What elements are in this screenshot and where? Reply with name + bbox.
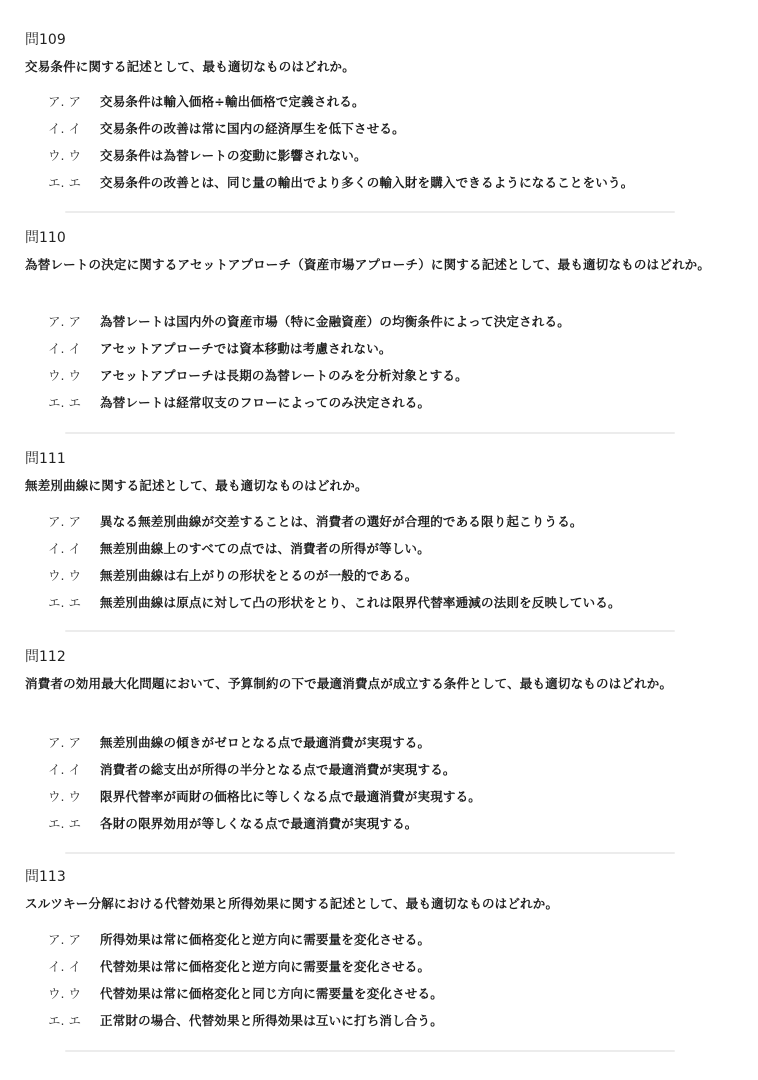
option-label: エ. エ xyxy=(48,814,100,832)
option-label: ウ. ウ xyxy=(48,366,100,384)
option-u[interactable]: ウ. ウ 無差別曲線は右上がりの形状をとるのが一般的である。 xyxy=(48,561,621,588)
option-text: 無差別曲線上のすべての点では、消費者の所得が等しい。 xyxy=(100,539,430,557)
option-e[interactable]: エ. エ 交易条件の改善とは、同じ量の輸出でより多くの輸入財を購入できるようにな… xyxy=(48,168,633,195)
option-i[interactable]: イ. イ 無差別曲線上のすべての点では、消費者の所得が等しい。 xyxy=(48,534,621,561)
option-a[interactable]: ア. ア 為替レートは国内外の資産市場（特に金融資産）の均衡条件によって決定され… xyxy=(48,307,570,334)
option-i[interactable]: イ. イ アセットアプローチでは資本移動は考慮されない。 xyxy=(48,334,570,361)
option-a[interactable]: ア. ア 所得効果は常に価格変化と逆方向に需要量を変化させる。 xyxy=(48,925,443,952)
option-u[interactable]: ウ. ウ 交易条件は為替レートの変動に影響されない。 xyxy=(48,141,633,168)
option-text: 交易条件は為替レートの変動に影響されない。 xyxy=(100,146,367,164)
option-label: ア. ア xyxy=(48,512,100,530)
option-label: ウ. ウ xyxy=(48,787,100,805)
question-number: 問112 xyxy=(25,648,66,666)
option-label: ア. ア xyxy=(48,312,100,330)
separator xyxy=(65,852,675,854)
option-a[interactable]: ア. ア 交易条件は輸入価格÷輸出価格で定義される。 xyxy=(48,87,633,114)
option-text: 異なる無差別曲線が交差することは、消費者の選好が合理的である限り起こりうる。 xyxy=(100,512,583,530)
option-text: 所得効果は常に価格変化と逆方向に需要量を変化させる。 xyxy=(100,930,430,948)
option-text: 各財の限界効用が等しくなる点で最適消費が実現する。 xyxy=(100,814,418,832)
option-label: ア. ア xyxy=(48,930,100,948)
option-label: ウ. ウ xyxy=(48,146,100,164)
option-u[interactable]: ウ. ウ アセットアプローチは長期の為替レートのみを分析対象とする。 xyxy=(48,361,570,388)
option-label: エ. エ xyxy=(48,393,100,411)
option-label: ウ. ウ xyxy=(48,984,100,1002)
option-label: イ. イ xyxy=(48,760,100,778)
option-e[interactable]: エ. エ 為替レートは経常収支のフローによってのみ決定される。 xyxy=(48,388,570,415)
separator xyxy=(65,432,675,434)
option-text: 交易条件の改善とは、同じ量の輸出でより多くの輸入財を購入できるようになることをい… xyxy=(100,173,633,191)
option-text: 無差別曲線は原点に対して凸の形状をとり、これは限界代替率逓減の法則を反映している… xyxy=(100,593,621,611)
separator xyxy=(65,211,675,213)
option-label: エ. エ xyxy=(48,593,100,611)
option-label: イ. イ xyxy=(48,957,100,975)
question-stem: スルツキー分解における代替効果と所得効果に関する記述として、最も適切なものはどれ… xyxy=(25,892,725,916)
option-i[interactable]: イ. イ 交易条件の改善は常に国内の経済厚生を低下させる。 xyxy=(48,114,633,141)
option-label: ウ. ウ xyxy=(48,566,100,584)
question-stem: 為替レートの決定に関するアセットアプローチ（資産市場アプローチ）に関する記述とし… xyxy=(25,253,725,277)
option-text: 無差別曲線は右上がりの形状をとるのが一般的である。 xyxy=(100,566,418,584)
question-number: 問111 xyxy=(25,450,66,468)
option-label: エ. エ xyxy=(48,173,100,191)
option-text: 消費者の総支出が所得の半分となる点で最適消費が実現する。 xyxy=(100,760,456,778)
option-list: ア. ア 為替レートは国内外の資産市場（特に金融資産）の均衡条件によって決定され… xyxy=(48,307,570,415)
option-label: エ. エ xyxy=(48,1011,100,1029)
option-label: イ. イ xyxy=(48,119,100,137)
question-stem: 無差別曲線に関する記述として、最も適切なものはどれか。 xyxy=(25,474,725,498)
option-text: 為替レートは国内外の資産市場（特に金融資産）の均衡条件によって決定される。 xyxy=(100,312,570,330)
option-text: 交易条件は輸入価格÷輸出価格で定義される。 xyxy=(100,92,365,110)
separator xyxy=(65,630,675,632)
option-i[interactable]: イ. イ 代替効果は常に価格変化と逆方向に需要量を変化させる。 xyxy=(48,952,443,979)
option-a[interactable]: ア. ア 無差別曲線の傾きがゼロとなる点で最適消費が実現する。 xyxy=(48,728,481,755)
option-i[interactable]: イ. イ 消費者の総支出が所得の半分となる点で最適消費が実現する。 xyxy=(48,755,481,782)
option-label: イ. イ xyxy=(48,339,100,357)
question-stem: 交易条件に関する記述として、最も適切なものはどれか。 xyxy=(25,55,725,79)
option-e[interactable]: エ. エ 正常財の場合、代替効果と所得効果は互いに打ち消し合う。 xyxy=(48,1006,443,1033)
question-number: 問113 xyxy=(25,868,66,886)
question-number: 問110 xyxy=(25,229,66,247)
option-list: ア. ア 異なる無差別曲線が交差することは、消費者の選好が合理的である限り起こり… xyxy=(48,507,621,615)
option-text: 無差別曲線の傾きがゼロとなる点で最適消費が実現する。 xyxy=(100,733,430,751)
option-label: イ. イ xyxy=(48,539,100,557)
option-e[interactable]: エ. エ 各財の限界効用が等しくなる点で最適消費が実現する。 xyxy=(48,809,481,836)
option-e[interactable]: エ. エ 無差別曲線は原点に対して凸の形状をとり、これは限界代替率逓減の法則を反… xyxy=(48,588,621,615)
option-list: ア. ア 交易条件は輸入価格÷輸出価格で定義される。 イ. イ 交易条件の改善は… xyxy=(48,87,633,195)
option-text: 代替効果は常に価格変化と逆方向に需要量を変化させる。 xyxy=(100,957,430,975)
option-u[interactable]: ウ. ウ 限界代替率が両財の価格比に等しくなる点で最適消費が実現する。 xyxy=(48,782,481,809)
option-text: 限界代替率が両財の価格比に等しくなる点で最適消費が実現する。 xyxy=(100,787,481,805)
question-number: 問109 xyxy=(25,31,66,49)
option-u[interactable]: ウ. ウ 代替効果は常に価格変化と同じ方向に需要量を変化させる。 xyxy=(48,979,443,1006)
option-text: 代替効果は常に価格変化と同じ方向に需要量を変化させる。 xyxy=(100,984,443,1002)
option-label: ア. ア xyxy=(48,92,100,110)
question-stem: 消費者の効用最大化問題において、予算制約の下で最適消費点が成立する条件として、最… xyxy=(25,672,725,696)
option-text: アセットアプローチは長期の為替レートのみを分析対象とする。 xyxy=(100,366,468,384)
option-text: 為替レートは経常収支のフローによってのみ決定される。 xyxy=(100,393,430,411)
option-label: ア. ア xyxy=(48,733,100,751)
option-list: ア. ア 無差別曲線の傾きがゼロとなる点で最適消費が実現する。 イ. イ 消費者… xyxy=(48,728,481,836)
option-text: 交易条件の改善は常に国内の経済厚生を低下させる。 xyxy=(100,119,405,137)
option-a[interactable]: ア. ア 異なる無差別曲線が交差することは、消費者の選好が合理的である限り起こり… xyxy=(48,507,621,534)
option-text: 正常財の場合、代替効果と所得効果は互いに打ち消し合う。 xyxy=(100,1011,443,1029)
separator xyxy=(65,1050,675,1052)
option-text: アセットアプローチでは資本移動は考慮されない。 xyxy=(100,339,392,357)
option-list: ア. ア 所得効果は常に価格変化と逆方向に需要量を変化させる。 イ. イ 代替効… xyxy=(48,925,443,1033)
